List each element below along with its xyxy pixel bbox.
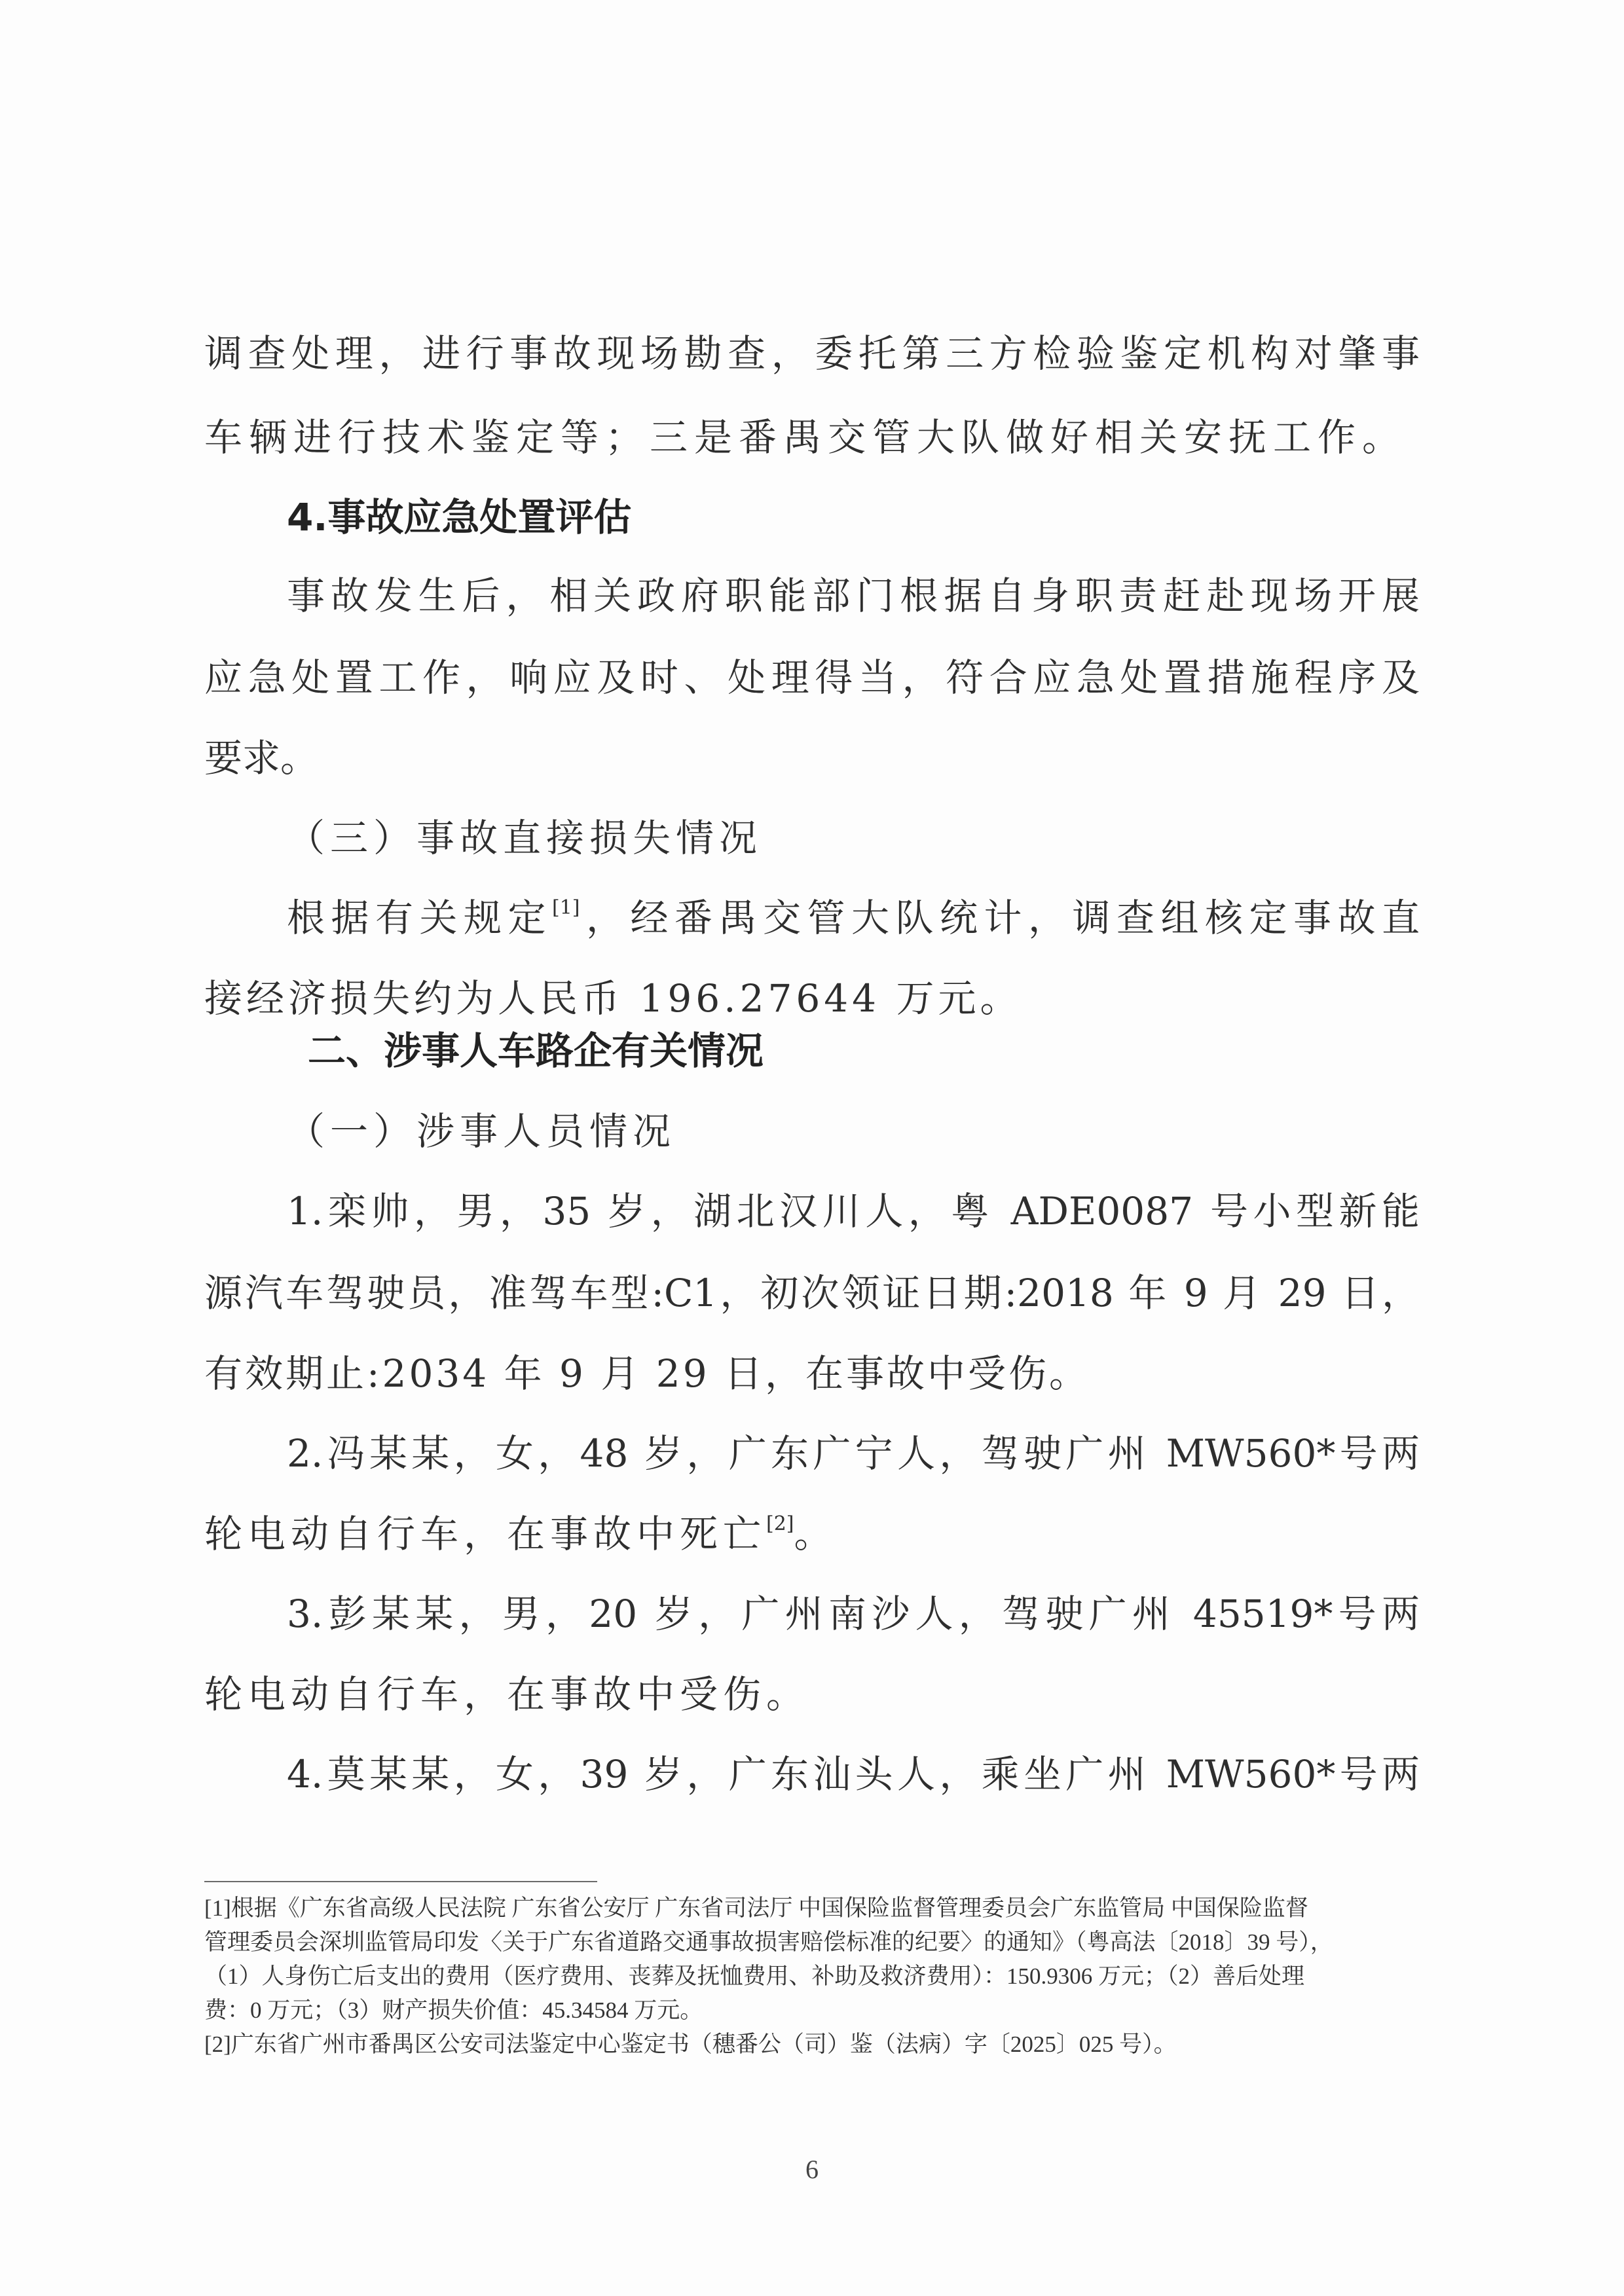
paragraph-line: 接经济损失约为人民币 196.27644 万元。	[204, 972, 1420, 1025]
document-page: 调查处理，进行事故现场勘查，委托第三方检验鉴定机构对肇事 车辆进行技术鉴定等；三…	[0, 0, 1624, 2296]
footnote-divider	[204, 1881, 597, 1882]
person-1-line: 源汽车驾驶员，准驾车型:C1，初次领证日期:2018 年 9 月 29 日，	[204, 1267, 1420, 1319]
person-2-line: 2.冯某某，女，48 岁，广东广宁人，驾驶广州 MW560*号两	[287, 1427, 1420, 1480]
paragraph-line: 要求。	[204, 732, 1420, 784]
paragraph-line: 事故发生后，相关政府职能部门根据自身职责赶赴现场开展	[287, 570, 1420, 622]
footnote-1-line: [1]根据《广东省高级人民法院 广东省公安厅 广东省司法厅 中国保险监督管理委员…	[204, 1892, 1420, 1925]
person-2-line: 轮电动自行车，在事故中死亡[2]。	[204, 1508, 1420, 1560]
section-heading-involved-persons: （一）涉事人员情况	[287, 1105, 1420, 1157]
page-number: 6	[792, 2154, 832, 2185]
section-heading-direct-loss: （三）事故直接损失情况	[287, 812, 1420, 864]
footnote-1-line: （1）人身伤亡后支出的费用（医疗费用、丧葬及抚恤费用、补助及救济费用）：150.…	[204, 1960, 1420, 1993]
text-span: 轮电动自行车，在事故中死亡	[204, 1512, 766, 1556]
paragraph-line: 调查处理，进行事故现场勘查，委托第三方检验鉴定机构对肇事	[204, 327, 1420, 380]
text-span: 。	[794, 1512, 838, 1556]
person-4-line: 4.莫某某，女，39 岁，广东汕头人，乘坐广州 MW560*号两	[287, 1748, 1420, 1800]
subheading-emergency-evaluation: 4.事故应急处置评估	[287, 491, 1420, 543]
paragraph-line: 应急处置工作，响应及时、处理得当，符合应急处置措施程序及	[204, 651, 1420, 704]
footnote-1-line: 费：0 万元；（3）财产损失价值：45.34584 万元。	[204, 1994, 1420, 2027]
footnote-2-line: [2]广东省广州市番禺区公安司法鉴定中心鉴定书（穗番公（司）鉴（法病）字〔202…	[204, 2028, 1420, 2061]
person-1-line: 1.栾帅，男，35 岁，湖北汉川人，粤 ADE0087 号小型新能	[287, 1185, 1420, 1237]
text-span: ，经番禺交管大队统计，调查组核定事故直	[580, 896, 1420, 940]
person-3-line: 3.彭某某，男，20 岁，广州南沙人，驾驶广州 45519*号两	[287, 1588, 1420, 1640]
footnote-ref-2[interactable]: [2]	[766, 1512, 794, 1535]
footnote-1-line: 管理委员会深圳监管局印发〈关于广东省道路交通事故损害赔偿标准的纪要〉的通知》（粤…	[204, 1926, 1420, 1959]
paragraph-line: 根据有关规定[1]，经番禺交管大队统计，调查组核定事故直	[287, 892, 1420, 944]
paragraph-line: 车辆进行技术鉴定等；三是番禺交管大队做好相关安抚工作。	[204, 411, 1420, 464]
text-span: 根据有关规定	[287, 896, 552, 940]
chapter-heading-involved-parties: 二、涉事人车路企有关情况	[308, 1025, 1441, 1077]
footnote-ref-1[interactable]: [1]	[552, 896, 580, 919]
person-1-line: 有效期止:2034 年 9 月 29 日，在事故中受伤。	[204, 1347, 1420, 1400]
person-3-line: 轮电动自行车，在事故中受伤。	[204, 1668, 1420, 1721]
